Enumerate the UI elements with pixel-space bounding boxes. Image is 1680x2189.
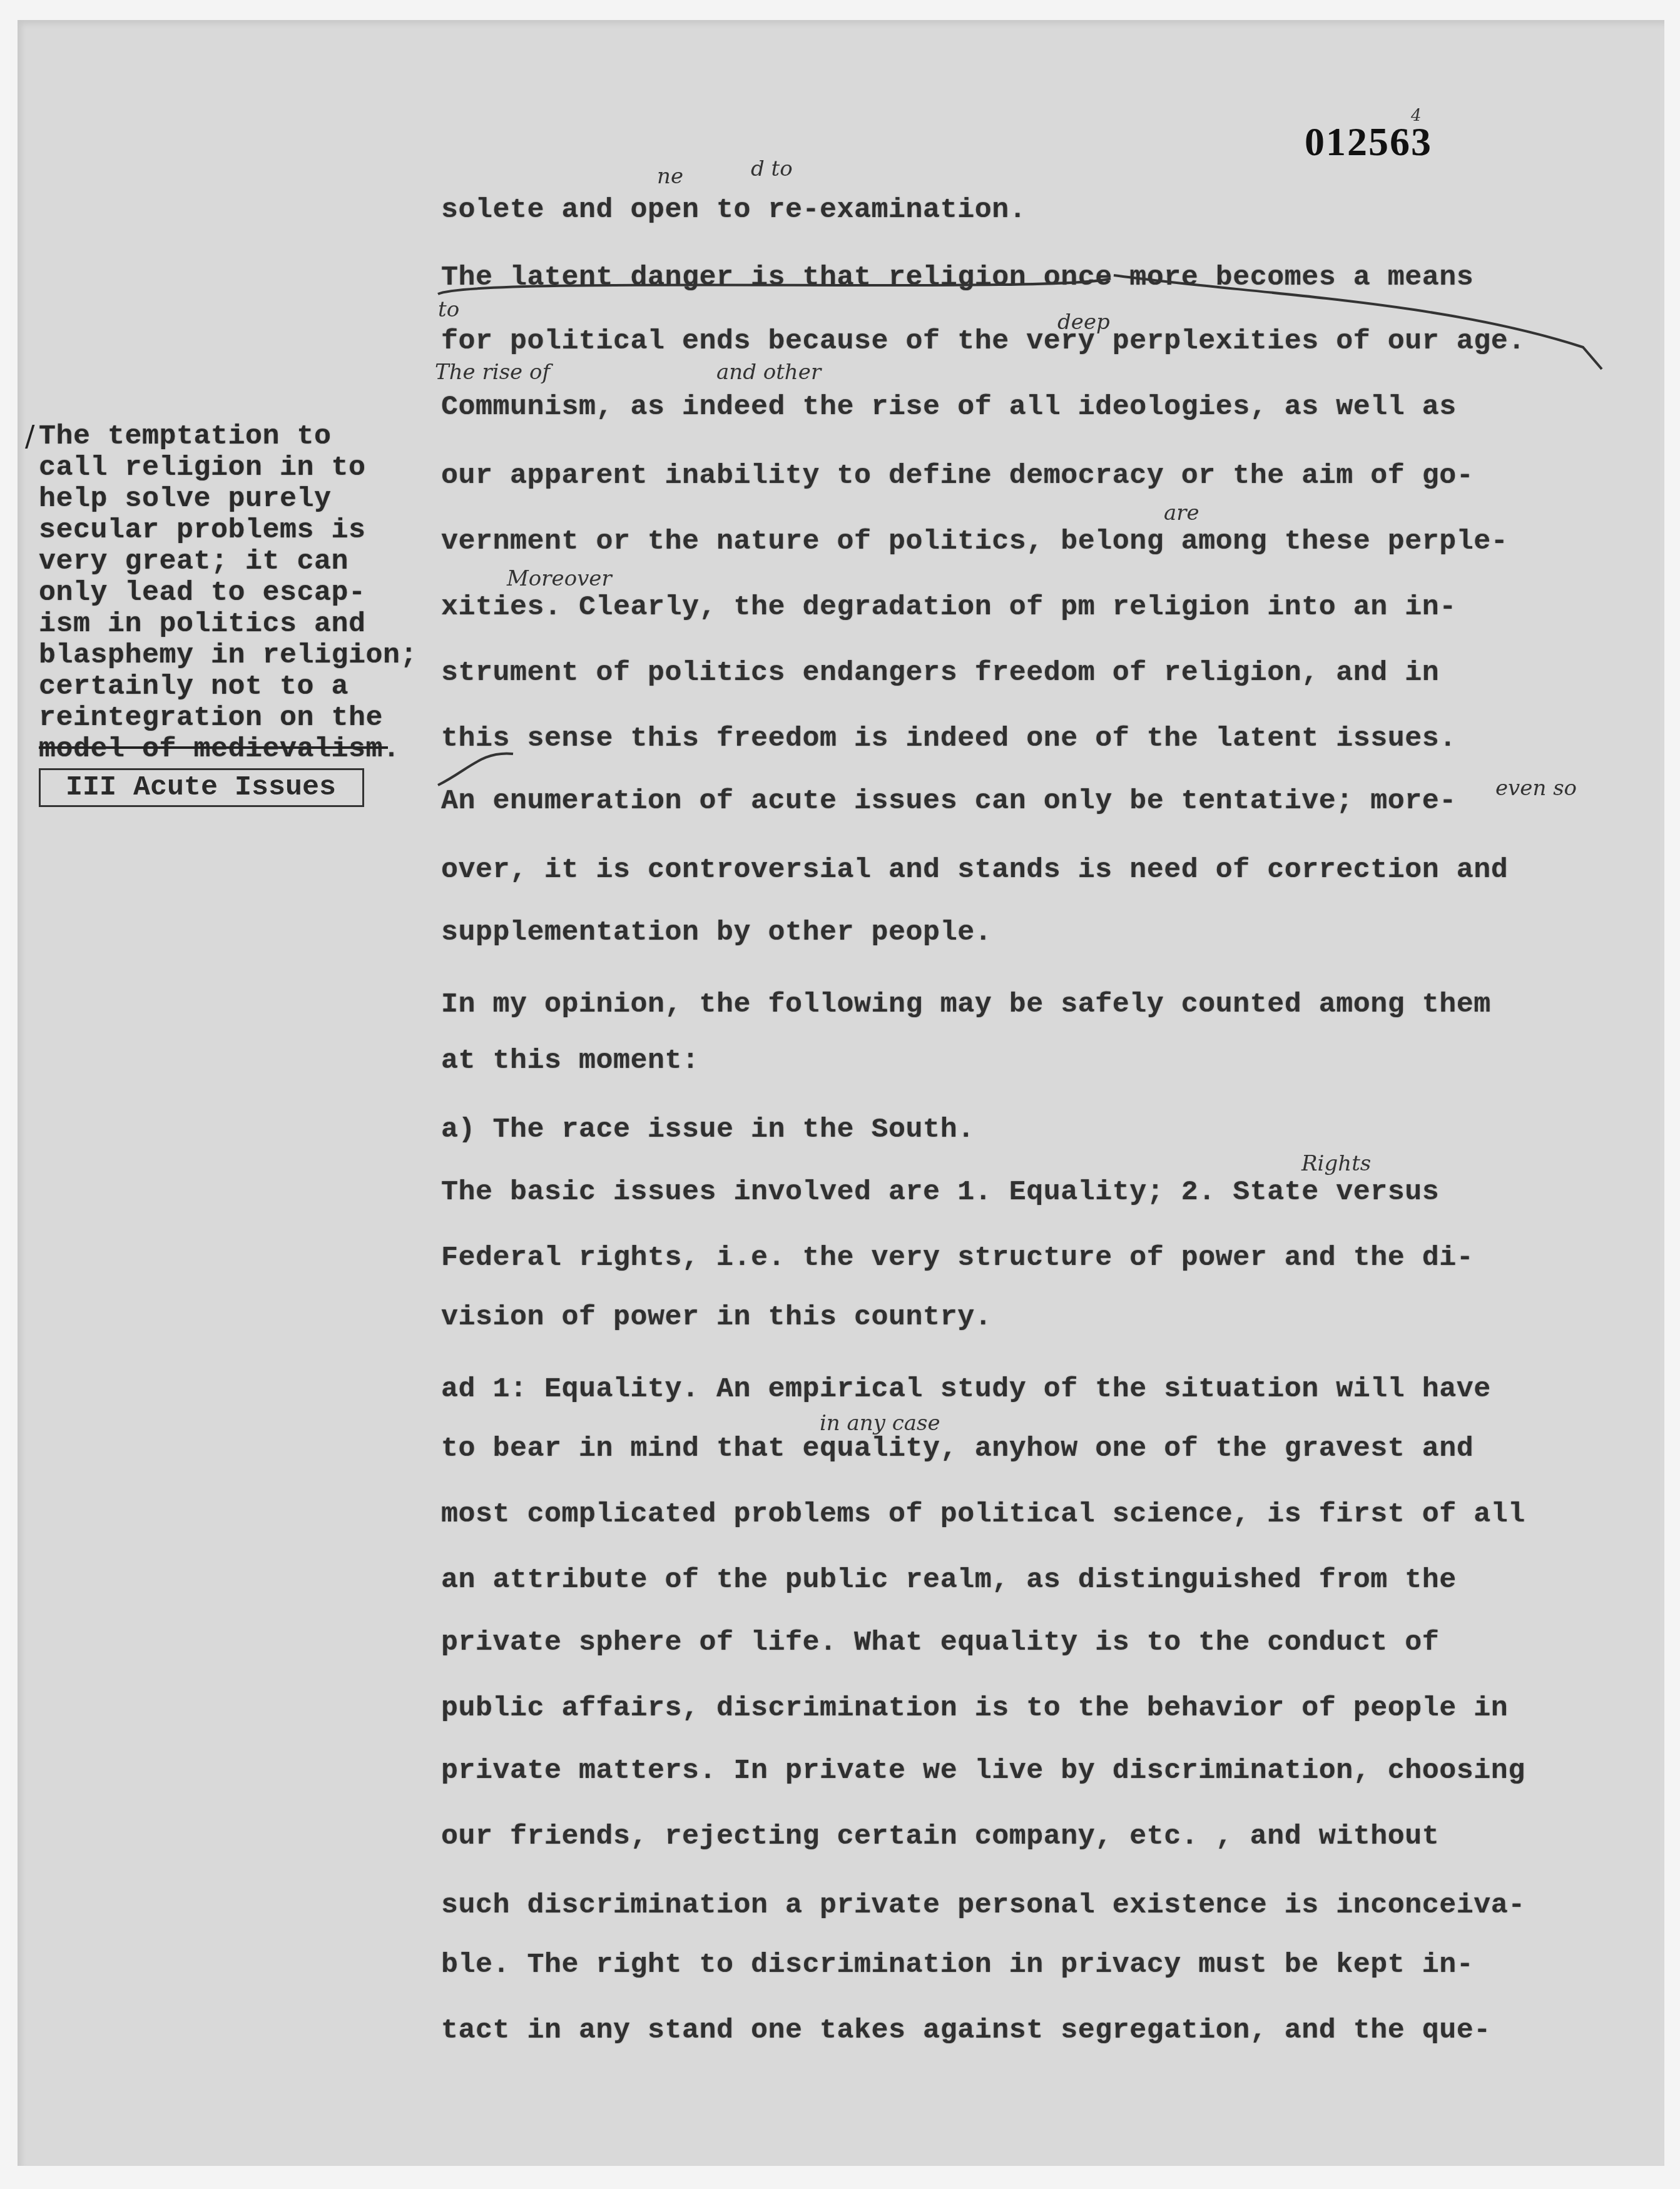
editing-marks (0, 0, 1680, 2189)
bracket-mark (438, 753, 513, 785)
circle-loop-mark (438, 278, 1111, 294)
move-arrow-mark (1114, 275, 1602, 369)
